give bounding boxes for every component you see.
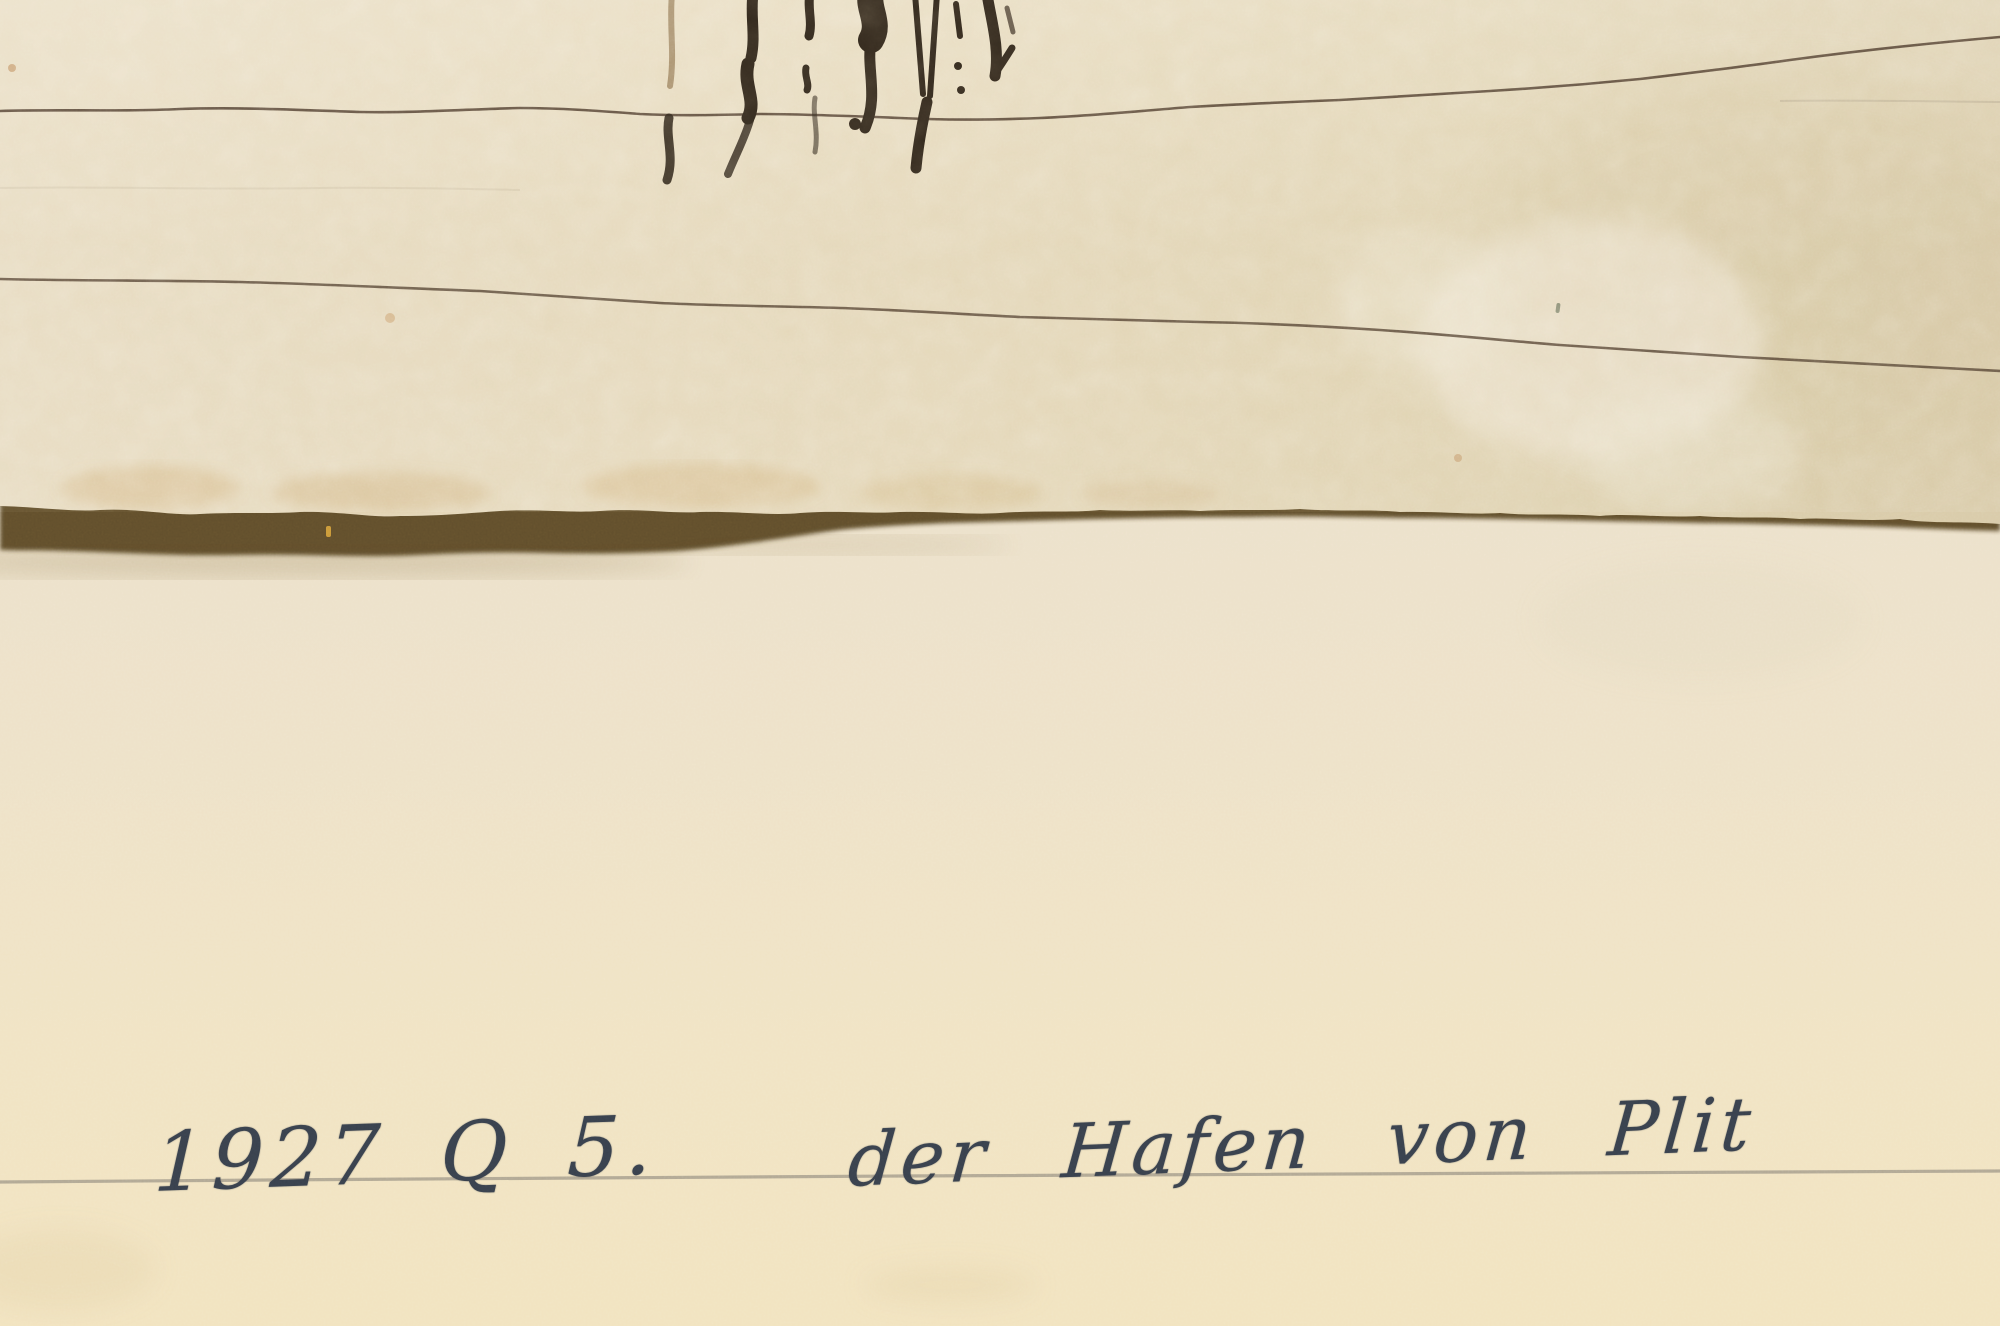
artwork-photo: 1927 Q 5. der Hafen von Plit [0,0,2000,1326]
yellow-speck [326,526,331,537]
art-canvas [0,0,2000,1326]
